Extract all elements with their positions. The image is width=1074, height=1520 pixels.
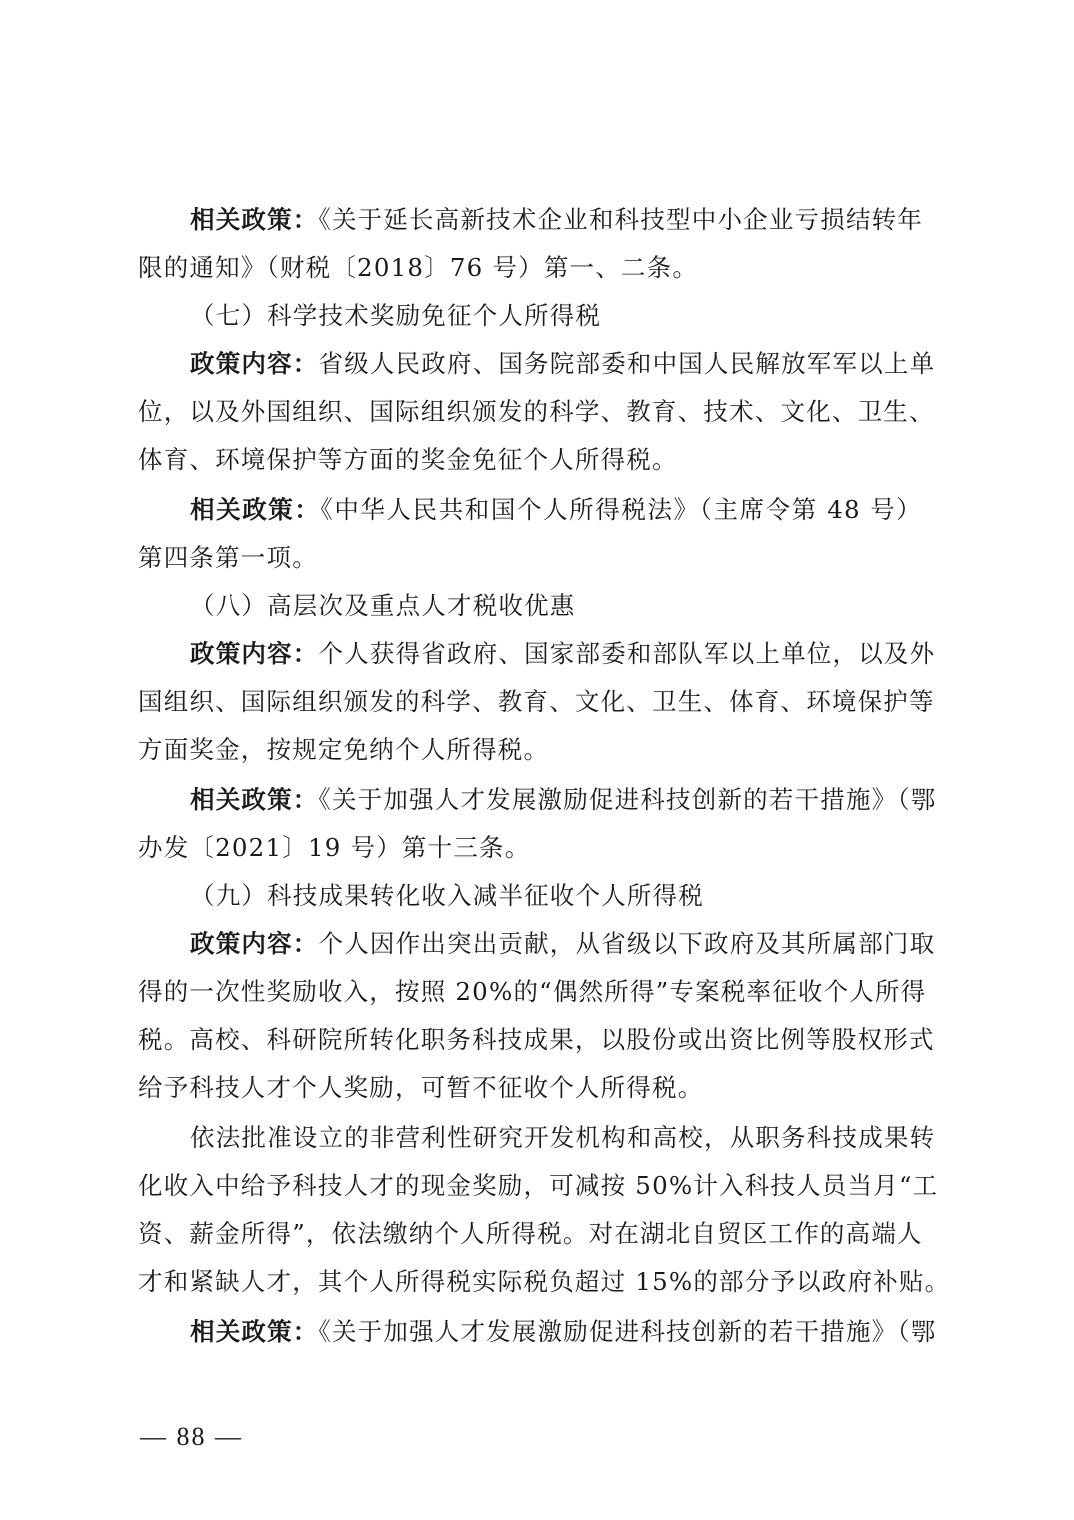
text-line: 方面奖金，按规定免纳个人所得税。 <box>138 726 922 774</box>
section-heading-9: （九）科技成果转化收入减半征收个人所得税 <box>138 872 922 920</box>
text-line: 税。高校、科研院所转化职务科技成果，以股份或出资比例等股权形式 <box>138 1016 922 1064</box>
text-line: 体育、环境保护等方面的奖金免征个人所得税。 <box>138 436 922 484</box>
text-line: 资、薪金所得”，依法缴纳个人所得税。对在湖北自贸区工作的高端人 <box>138 1210 922 1258</box>
text-line: 第四条第一项。 <box>138 534 922 582</box>
page-number: — 88 — <box>140 1422 243 1452</box>
label-policy-content: 政策内容： <box>190 639 319 668</box>
text-line: 得的一次性奖励收入，按照 20%的“偶然所得”专案税率征收个人所得 <box>138 968 922 1016</box>
label-policy-content: 政策内容： <box>190 929 319 958</box>
text-line: 办发〔2021〕19 号）第十三条。 <box>138 824 922 872</box>
text-line: 依法批准设立的非营利性研究开发机构和高校，从职务科技成果转 <box>138 1114 922 1162</box>
label-related-policy: 相关政策： <box>190 785 319 814</box>
policy-line: 相关政策：《关于加强人才发展激励促进科技创新的若干措施》（鄂 <box>138 776 922 824</box>
text-line: 给予科技人才个人奖励，可暂不征收个人所得税。 <box>138 1064 922 1112</box>
label-related-policy: 相关政策： <box>190 495 320 524</box>
section-heading-7: （七）科学技术奖励免征个人所得税 <box>138 292 922 340</box>
text-line: 才和紧缺人才，其个人所得税实际税负超过 15%的部分予以政府补贴。 <box>138 1258 922 1306</box>
section-heading-8: （八）高层次及重点人才税收优惠 <box>138 582 922 630</box>
text-line: 国组织、国际组织颁发的科学、教育、文化、卫生、体育、环境保护等 <box>138 678 922 726</box>
label-policy-content: 政策内容： <box>190 349 319 378</box>
policy-line: 相关政策：《关于加强人才发展激励促进科技创新的若干措施》（鄂 <box>138 1308 922 1356</box>
label-related-policy: 相关政策： <box>190 1317 319 1346</box>
policy-content-line: 政策内容：省级人民政府、国务院部委和中国人民解放军军以上单 <box>138 340 922 388</box>
label-related-policy: 相关政策： <box>190 205 319 234</box>
policy-content-line: 政策内容：个人获得省政府、国家部委和部队军以上单位，以及外 <box>138 630 922 678</box>
policy-content-line: 政策内容：个人因作出突出贡献，从省级以下政府及其所属部门取 <box>138 920 922 968</box>
policy-line: 相关政策：《关于延长高新技术企业和科技型中小企业亏损结转年 <box>138 196 922 244</box>
text-line: 限的通知》（财税〔2018〕76 号）第一、二条。 <box>138 244 922 292</box>
policy-line: 相关政策：《中华人民共和国个人所得税法》（主席令第 48 号） <box>138 486 922 534</box>
text-line: 化收入中给予科技人才的现金奖励，可减按 50%计入科技人员当月“工 <box>138 1162 922 1210</box>
text-line: 位，以及外国组织、国际组织颁发的科学、教育、技术、文化、卫生、 <box>138 388 922 436</box>
